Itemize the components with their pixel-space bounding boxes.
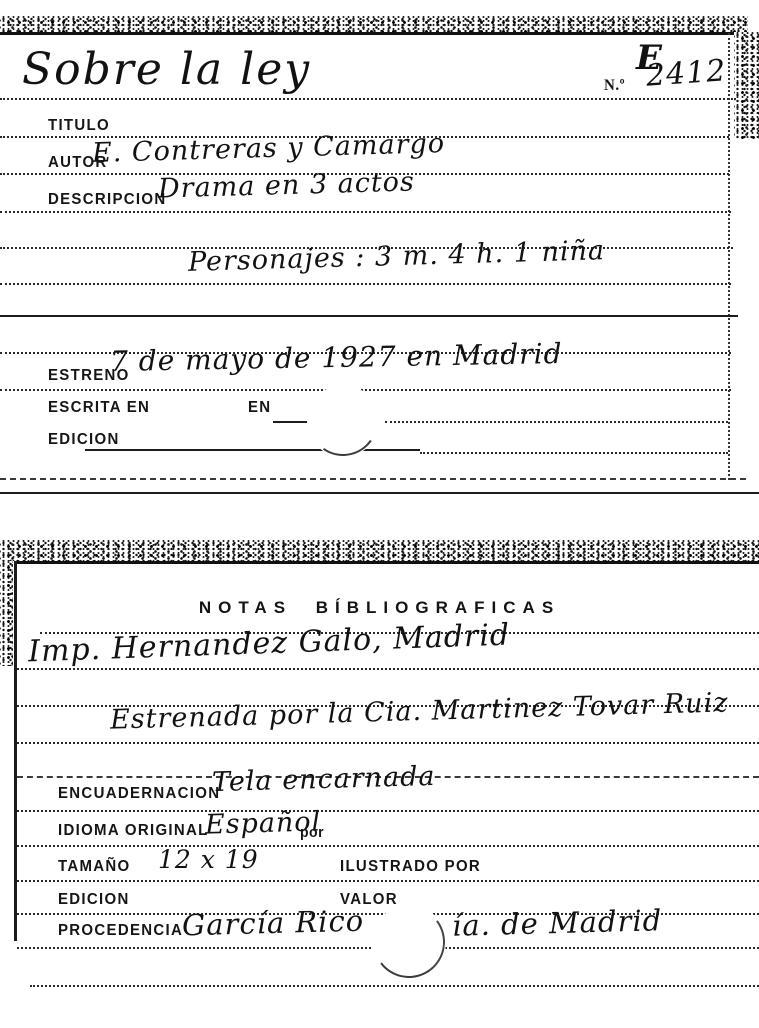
ruled-line <box>17 742 759 744</box>
handwritten-card-number: 2412 <box>645 53 728 94</box>
scan-edge-noise-top-right <box>734 32 759 140</box>
ruled-line <box>0 98 736 100</box>
scan-divider-line <box>0 492 759 494</box>
handwritten-procedencia-left: García Rico <box>182 904 365 943</box>
ruled-line <box>17 845 759 847</box>
card-top-border <box>14 561 759 564</box>
scan-edge-band-middle <box>0 540 759 561</box>
handwritten-procedencia-right: ía. de Madrid <box>452 903 663 942</box>
handwritten-descripcion-value: Drama en 3 actos <box>158 166 416 204</box>
ruled-line <box>30 985 759 987</box>
card-bottom-dashed-edge <box>0 478 746 480</box>
field-label-titulo: TITULO <box>48 117 110 135</box>
handwritten-title: Sobre la ley <box>22 44 311 95</box>
ruled-line <box>385 421 728 423</box>
field-label-idioma-original: IDIOMA ORIGINAL <box>58 822 209 840</box>
field-label-ilustrado-por: ILUSTRADO POR <box>340 858 481 876</box>
ruled-line-solid <box>0 315 738 317</box>
field-label-encuadernacion: ENCUADERNACION <box>58 785 220 803</box>
handwritten-estrenada: Estrenada por la Cia. Martinez Tovar Rui… <box>110 687 729 735</box>
field-label-tamano: TAMAÑO <box>58 858 131 876</box>
scan-edge-band-top <box>0 16 748 35</box>
handwritten-idioma-value: Español <box>205 806 322 840</box>
card-left-border <box>14 561 17 941</box>
handwritten-autor-value: E. Contreras y Camargo <box>92 128 446 169</box>
hole-punch <box>372 905 446 979</box>
field-label-edicion: EDICION <box>48 431 120 449</box>
field-label-en: EN <box>248 399 271 417</box>
handwritten-imprenta: Imp. Hernandez Galo, Madrid <box>28 618 511 670</box>
ruled-line <box>0 283 731 285</box>
section-header-notas: NOTAS BÍBLIOGRAFICAS <box>0 598 759 618</box>
ruled-line <box>17 668 759 670</box>
field-label-procedencia: PROCEDENCIA <box>58 922 183 940</box>
handwritten-estreno-value: 7 de mayo de 1927 en Madrid <box>110 337 563 378</box>
ruled-line <box>0 211 731 213</box>
handwritten-encuadernacion-value: Tela encarnada <box>212 761 436 798</box>
number-label: N.º <box>604 78 625 96</box>
hole-punch <box>307 385 379 457</box>
underline-edicion <box>85 449 420 451</box>
card-right-border <box>728 33 730 480</box>
field-label-descripcion: DESCRIPCION <box>48 191 166 209</box>
ruled-line <box>17 810 759 812</box>
field-label-escrita-en: ESCRITA EN <box>48 399 150 417</box>
scanned-catalog-card-page: TITULO AUTOR DESCRIPCION ESTRENO ESCRITA… <box>0 0 759 1028</box>
ruled-line <box>420 452 728 454</box>
field-label-edicion-2: EDICION <box>58 891 130 909</box>
handwritten-tamano-value: 12 x 19 <box>158 845 259 874</box>
ruled-line <box>0 389 731 391</box>
ruled-line <box>17 880 759 882</box>
handwritten-personajes: Personajes : 3 m. 4 h. 1 niña <box>188 235 606 278</box>
